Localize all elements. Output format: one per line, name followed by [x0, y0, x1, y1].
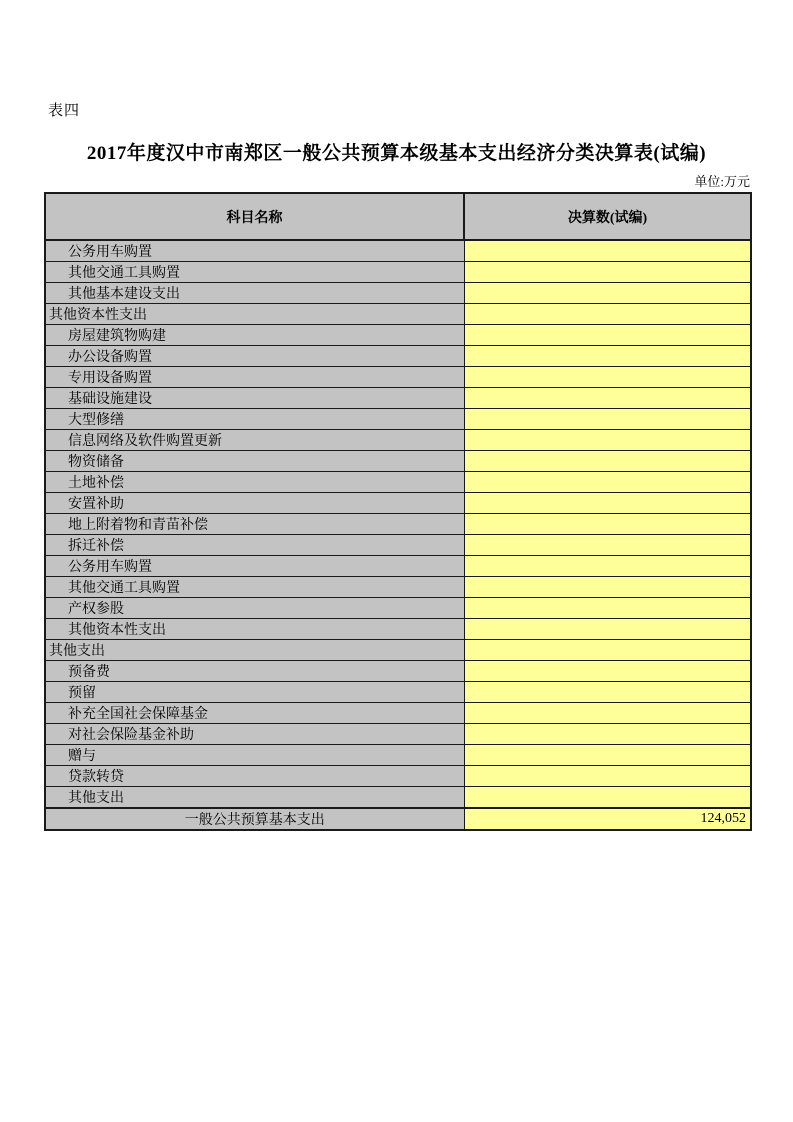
- subject-cell: 信息网络及软件购置更新: [45, 430, 464, 451]
- table-row: 产权参股: [45, 598, 751, 619]
- value-cell: [464, 724, 751, 745]
- value-cell: [464, 367, 751, 388]
- table-row: 土地补偿: [45, 472, 751, 493]
- table-row: 地上附着物和青苗补偿: [45, 514, 751, 535]
- subject-cell: 物资储备: [45, 451, 464, 472]
- table-row: 其他交通工具购置: [45, 262, 751, 283]
- table-row: 赠与: [45, 745, 751, 766]
- value-cell: [464, 535, 751, 556]
- subject-cell: 其他基本建设支出: [45, 283, 464, 304]
- table-row: 贷款转贷: [45, 766, 751, 787]
- subject-cell: 其他支出: [45, 787, 464, 809]
- value-cell: [464, 430, 751, 451]
- table-row: 其他支出: [45, 640, 751, 661]
- table-row: 其他资本性支出: [45, 619, 751, 640]
- value-cell: [464, 766, 751, 787]
- subject-cell: 基础设施建设: [45, 388, 464, 409]
- value-cell: [464, 661, 751, 682]
- subject-cell: 办公设备购置: [45, 346, 464, 367]
- value-cell: [464, 283, 751, 304]
- table-row: 公务用车购置: [45, 556, 751, 577]
- subject-cell: 公务用车购置: [45, 556, 464, 577]
- subject-cell: 其他交通工具购置: [45, 262, 464, 283]
- subject-cell: 房屋建筑物购建: [45, 325, 464, 346]
- value-cell: [464, 472, 751, 493]
- table-row: 拆迁补偿: [45, 535, 751, 556]
- subject-cell: 预备费: [45, 661, 464, 682]
- value-cell: [464, 304, 751, 325]
- table-row: 信息网络及软件购置更新: [45, 430, 751, 451]
- value-cell: [464, 325, 751, 346]
- table-row: 办公设备购置: [45, 346, 751, 367]
- subject-cell: 其他支出: [45, 640, 464, 661]
- value-cell: [464, 409, 751, 430]
- document-page: 表四 2017年度汉中市南郑区一般公共预算本级基本支出经济分类决算表(试编) 单…: [0, 0, 793, 1122]
- value-cell: 124,052: [464, 808, 751, 830]
- value-cell: [464, 787, 751, 809]
- subject-cell: 公务用车购置: [45, 240, 464, 262]
- subject-cell: 其他交通工具购置: [45, 577, 464, 598]
- value-cell: [464, 262, 751, 283]
- value-cell: [464, 240, 751, 262]
- total-row: 一般公共预算基本支出124,052: [45, 808, 751, 830]
- table-row: 预备费: [45, 661, 751, 682]
- value-cell: [464, 451, 751, 472]
- subject-cell: 土地补偿: [45, 472, 464, 493]
- subject-cell: 大型修缮: [45, 409, 464, 430]
- value-cell: [464, 556, 751, 577]
- subject-cell: 其他资本性支出: [45, 619, 464, 640]
- value-cell: [464, 346, 751, 367]
- unit-note: 单位:万元: [694, 171, 750, 190]
- value-cell: [464, 619, 751, 640]
- table-number-label: 表四: [48, 99, 80, 120]
- budget-table: 科目名称 决算数(试编) 公务用车购置其他交通工具购置其他基本建设支出其他资本性…: [44, 192, 752, 831]
- header-row: 科目名称 决算数(试编): [45, 193, 751, 240]
- subject-cell: 对社会保险基金补助: [45, 724, 464, 745]
- table-row: 补充全国社会保障基金: [45, 703, 751, 724]
- subject-cell: 安置补助: [45, 493, 464, 514]
- value-cell: [464, 745, 751, 766]
- table-body: 公务用车购置其他交通工具购置其他基本建设支出其他资本性支出房屋建筑物购建办公设备…: [45, 240, 751, 830]
- subject-cell: 赠与: [45, 745, 464, 766]
- subject-cell: 补充全国社会保障基金: [45, 703, 464, 724]
- value-cell: [464, 682, 751, 703]
- value-cell: [464, 703, 751, 724]
- subject-cell: 拆迁补偿: [45, 535, 464, 556]
- table-row: 对社会保险基金补助: [45, 724, 751, 745]
- table-row: 基础设施建设: [45, 388, 751, 409]
- table-row: 其他资本性支出: [45, 304, 751, 325]
- page-title: 2017年度汉中市南郑区一般公共预算本级基本支出经济分类决算表(试编): [0, 138, 793, 165]
- value-cell: [464, 577, 751, 598]
- table-row: 其他交通工具购置: [45, 577, 751, 598]
- table-row: 安置补助: [45, 493, 751, 514]
- subject-cell: 一般公共预算基本支出: [45, 808, 464, 830]
- subject-cell: 贷款转贷: [45, 766, 464, 787]
- table-row: 大型修缮: [45, 409, 751, 430]
- value-cell: [464, 493, 751, 514]
- table-row: 物资储备: [45, 451, 751, 472]
- table-row: 公务用车购置: [45, 240, 751, 262]
- table-row: 专用设备购置: [45, 367, 751, 388]
- table-row: 其他支出: [45, 787, 751, 809]
- subject-cell: 其他资本性支出: [45, 304, 464, 325]
- column-header-amount: 决算数(试编): [464, 193, 751, 240]
- subject-cell: 预留: [45, 682, 464, 703]
- subject-cell: 地上附着物和青苗补偿: [45, 514, 464, 535]
- value-cell: [464, 514, 751, 535]
- value-cell: [464, 598, 751, 619]
- subject-cell: 专用设备购置: [45, 367, 464, 388]
- table-row: 房屋建筑物购建: [45, 325, 751, 346]
- table-row: 其他基本建设支出: [45, 283, 751, 304]
- value-cell: [464, 388, 751, 409]
- table-row: 预留: [45, 682, 751, 703]
- column-header-subject: 科目名称: [45, 193, 464, 240]
- value-cell: [464, 640, 751, 661]
- subject-cell: 产权参股: [45, 598, 464, 619]
